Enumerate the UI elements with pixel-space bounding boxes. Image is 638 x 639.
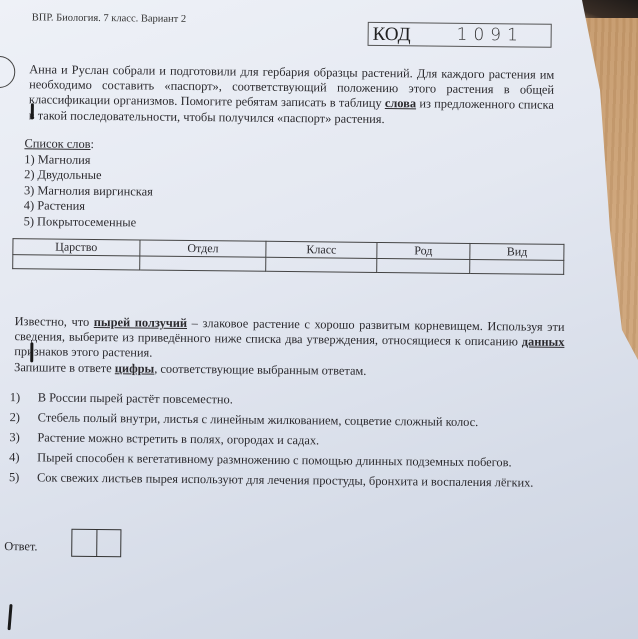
option-item: 5) Сок свежих листьев пырея используют д…	[9, 470, 569, 491]
option-item: 3) Растение можно встретить в полях, ого…	[9, 430, 569, 451]
classification-table: Царство Отдел Класс Род Вид	[12, 238, 564, 275]
list-item: 2) Двудольные	[24, 167, 153, 184]
pen-mark	[31, 103, 34, 119]
table-header: Отдел	[140, 240, 267, 257]
plant-name: пырей ползучий	[94, 315, 187, 330]
table-cell-input[interactable]	[376, 258, 470, 273]
task-number-circle	[0, 56, 15, 88]
task2-intro: Известно, что пырей ползучий – злаковое …	[14, 314, 565, 381]
worksheet-title: ВПР. Биология. 7 класс. Вариант 2	[32, 12, 186, 25]
answer-box	[71, 529, 121, 558]
pen-mark	[8, 604, 13, 630]
answer-label: Ответ.	[4, 539, 37, 554]
table-header: Вид	[470, 243, 564, 260]
answer-cell-input[interactable]	[96, 530, 121, 556]
emphasis-digits: цифры	[115, 361, 155, 375]
table-header: Род	[376, 242, 470, 259]
code-label: КОД	[373, 24, 411, 43]
word-list: Список слов: 1) Магнолия 2) Двудольные 3…	[24, 136, 154, 231]
table-header: Царство	[13, 239, 140, 256]
list-item: 4) Растения	[24, 199, 153, 216]
answer-cell-input[interactable]	[72, 530, 96, 556]
option-item: 1) В России пырей растёт повсеместно.	[10, 390, 570, 411]
list-item: 1) Магнолия	[24, 152, 153, 169]
code-box: КОД 1091	[368, 22, 552, 48]
list-item: 3) Магнолия виргинская	[24, 183, 153, 200]
option-item: 2) Стебель полый внутри, листья с линейн…	[10, 410, 570, 431]
worksheet-page: ВПР. Биология. 7 класс. Вариант 2 КОД 10…	[0, 0, 638, 639]
emphasis-data: данных	[522, 335, 565, 349]
statement-options: 1) В России пырей растёт повсеместно. 2)…	[9, 390, 570, 496]
emphasis-words: слова	[385, 96, 416, 110]
table-header: Класс	[266, 241, 376, 258]
code-value-handwritten: 1091	[456, 25, 523, 46]
table-cell-input[interactable]	[13, 255, 140, 270]
table-cell-input[interactable]	[139, 256, 266, 271]
task1-intro: Анна и Руслан собрали и подготовили для …	[29, 62, 555, 128]
word-list-title: Список слов	[24, 136, 90, 151]
table-cell-input[interactable]	[470, 259, 564, 274]
pen-mark	[30, 342, 33, 362]
option-item: 4) Пырей способен к вегетативному размно…	[9, 450, 569, 471]
table-cell-input[interactable]	[266, 257, 376, 272]
list-item: 5) Покрытосеменные	[24, 214, 153, 231]
